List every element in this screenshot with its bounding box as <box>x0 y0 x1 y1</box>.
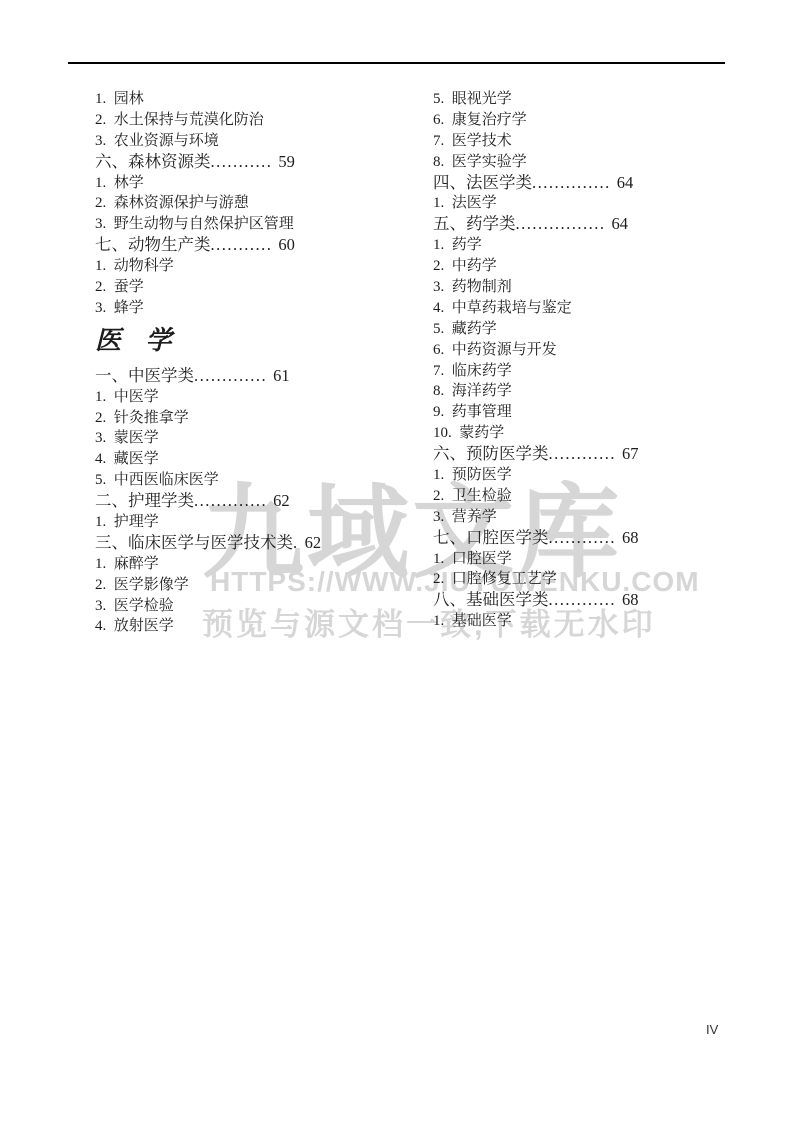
toc-item-label: 5. 眼视光学 <box>433 91 512 107</box>
toc-entry-line: 2. 口腔修复工艺学 <box>433 569 768 590</box>
toc-entry-line: 2. 森林资源保护与游憩 <box>95 193 430 214</box>
toc-item-label: 7. 医学技术 <box>433 133 512 149</box>
toc-entry-line: 2. 中药学 <box>433 256 768 277</box>
toc-entry-line: 8. 海洋药学 <box>433 381 768 402</box>
toc-entry-line: 8. 医学实验学 <box>433 152 768 173</box>
toc-entry-line: 5. 眼视光学 <box>433 89 768 110</box>
toc-page-number: 62 <box>299 533 322 552</box>
page-number: IV <box>706 1022 718 1037</box>
toc-item-label: 六、预防医学类 <box>433 444 549 463</box>
toc-section-line: 二、护理学类.............62 <box>95 491 430 512</box>
toc-entry-line: 1. 护理学 <box>95 512 430 533</box>
toc-page-number: 68 <box>616 590 639 609</box>
toc-left-column: 1. 园林2. 水土保持与荒漠化防治3. 农业资源与环境六、森林资源类.....… <box>95 89 430 637</box>
toc-section-line: 一、中医学类.............61 <box>95 366 430 387</box>
toc-dot-leader: ............ <box>549 528 617 547</box>
toc-page-number: 59 <box>272 152 295 171</box>
toc-entry-line: 3. 药物制剂 <box>433 277 768 298</box>
toc-entry-line: 5. 中西医临床医学 <box>95 470 430 491</box>
toc-item-label: 3. 蜂学 <box>95 300 144 316</box>
toc-entry-line: 2. 水土保持与荒漠化防治 <box>95 110 430 131</box>
toc-entry-line: 1. 动物科学 <box>95 256 430 277</box>
toc-dot-leader: ................ <box>516 214 606 233</box>
toc-item-label: 1. 麻醉学 <box>95 556 159 572</box>
toc-entry-line: 7. 医学技术 <box>433 131 768 152</box>
toc-item-label: 1. 基础医学 <box>433 613 512 629</box>
toc-entry-line: 1. 林学 <box>95 173 430 194</box>
toc-entry-line: 2. 蚕学 <box>95 277 430 298</box>
toc-item-label: 3. 营养学 <box>433 509 497 525</box>
medicine-group-heading: 医 学 <box>95 324 430 358</box>
toc-entry-line: 9. 药事管理 <box>433 402 768 423</box>
toc-item-label: 2. 医学影像学 <box>95 577 189 593</box>
toc-dot-leader: . <box>293 533 299 552</box>
toc-item-label: 1. 动物科学 <box>95 258 174 274</box>
toc-section-line: 八、基础医学类............68 <box>433 590 768 611</box>
toc-item-label: 3. 农业资源与环境 <box>95 133 219 149</box>
toc-item-label: 三、临床医学与医学技术类 <box>95 533 293 552</box>
toc-item-label: 1. 预防医学 <box>433 467 512 483</box>
toc-entry-line: 1. 中医学 <box>95 387 430 408</box>
toc-item-label: 2. 森林资源保护与游憩 <box>95 195 249 211</box>
toc-entry-line: 3. 蒙医学 <box>95 428 430 449</box>
toc-section-line: 七、动物生产类...........60 <box>95 235 430 256</box>
toc-item-label: 六、森林资源类 <box>95 152 211 171</box>
toc-item-label: 4. 中草药栽培与鉴定 <box>433 300 572 316</box>
toc-entry-line: 6. 中药资源与开发 <box>433 340 768 361</box>
toc-item-label: 8. 海洋药学 <box>433 383 512 399</box>
toc-page-number: 62 <box>267 491 290 510</box>
toc-entry-line: 3. 蜂学 <box>95 298 430 319</box>
toc-right-column: 5. 眼视光学6. 康复治疗学7. 医学技术8. 医学实验学四、法医学类....… <box>433 89 768 632</box>
toc-section-line: 七、口腔医学类............68 <box>433 528 768 549</box>
toc-page-number: 64 <box>611 173 634 192</box>
toc-item-label: 10. 蒙药学 <box>433 425 504 441</box>
toc-dot-leader: ............. <box>194 366 267 385</box>
toc-section-line: 三、临床医学与医学技术类.62 <box>95 533 430 554</box>
toc-item-label: 1. 林学 <box>95 175 144 191</box>
toc-item-label: 2. 蚕学 <box>95 279 144 295</box>
toc-item-label: 3. 药物制剂 <box>433 279 512 295</box>
toc-entry-line: 1. 基础医学 <box>433 611 768 632</box>
toc-page-number: 67 <box>616 444 639 463</box>
toc-left-bottom-items: 一、中医学类.............611. 中医学2. 针灸推拿学3. 蒙医… <box>95 366 430 638</box>
toc-entry-line: 1. 预防医学 <box>433 465 768 486</box>
toc-entry-line: 1. 麻醉学 <box>95 554 430 575</box>
toc-item-label: 5. 藏药学 <box>433 321 497 337</box>
toc-dot-leader: ............. <box>194 491 267 510</box>
toc-page-number: 61 <box>267 366 290 385</box>
toc-entry-line: 4. 放射医学 <box>95 616 430 637</box>
toc-item-label: 1. 园林 <box>95 91 144 107</box>
toc-item-label: 3. 蒙医学 <box>95 430 159 446</box>
toc-entry-line: 5. 藏药学 <box>433 319 768 340</box>
toc-item-label: 2. 水土保持与荒漠化防治 <box>95 112 264 128</box>
document-page: 九域文库 HTTPS://WWW.JIUYUWENKU.COM 预览与源文档一致… <box>0 0 793 1122</box>
toc-entry-line: 6. 康复治疗学 <box>433 110 768 131</box>
toc-entry-line: 1. 法医学 <box>433 193 768 214</box>
toc-section-line: 六、预防医学类............67 <box>433 444 768 465</box>
toc-item-label: 二、护理学类 <box>95 491 194 510</box>
toc-section-line: 六、森林资源类...........59 <box>95 152 430 173</box>
toc-dot-leader: ............ <box>549 444 617 463</box>
toc-item-label: 2. 针灸推拿学 <box>95 410 189 426</box>
toc-dot-leader: ........... <box>211 152 273 171</box>
toc-entry-line: 3. 野生动物与自然保护区管理 <box>95 214 430 235</box>
toc-entry-line: 4. 藏医学 <box>95 449 430 470</box>
toc-section-line: 四、法医学类..............64 <box>433 173 768 194</box>
toc-right-items: 5. 眼视光学6. 康复治疗学7. 医学技术8. 医学实验学四、法医学类....… <box>433 89 768 632</box>
toc-dot-leader: ............ <box>549 590 617 609</box>
toc-entry-line: 1. 口腔医学 <box>433 549 768 570</box>
toc-page-number: 68 <box>616 528 639 547</box>
toc-item-label: 9. 药事管理 <box>433 404 512 420</box>
toc-item-label: 2. 卫生检验 <box>433 488 512 504</box>
toc-item-label: 1. 中医学 <box>95 389 159 405</box>
toc-item-label: 3. 野生动物与自然保护区管理 <box>95 216 294 232</box>
toc-entry-line: 10. 蒙药学 <box>433 423 768 444</box>
toc-item-label: 6. 中药资源与开发 <box>433 342 557 358</box>
toc-entry-line: 4. 中草药栽培与鉴定 <box>433 298 768 319</box>
toc-entry-line: 2. 医学影像学 <box>95 575 430 596</box>
toc-item-label: 七、口腔医学类 <box>433 528 549 547</box>
toc-entry-line: 3. 营养学 <box>433 507 768 528</box>
toc-item-label: 1. 口腔医学 <box>433 551 512 567</box>
toc-item-label: 3. 医学检验 <box>95 598 174 614</box>
toc-item-label: 1. 药学 <box>433 237 482 253</box>
toc-page-number: 60 <box>272 235 295 254</box>
toc-left-top-items: 1. 园林2. 水土保持与荒漠化防治3. 农业资源与环境六、森林资源类.....… <box>95 89 430 319</box>
header-rule <box>68 62 725 64</box>
toc-item-label: 一、中医学类 <box>95 366 194 385</box>
toc-dot-leader: ........... <box>211 235 273 254</box>
toc-entry-line: 2. 卫生检验 <box>433 486 768 507</box>
toc-item-label: 七、动物生产类 <box>95 235 211 254</box>
toc-entry-line: 3. 农业资源与环境 <box>95 131 430 152</box>
toc-item-label: 五、药学类 <box>433 214 516 233</box>
toc-entry-line: 3. 医学检验 <box>95 596 430 617</box>
toc-item-label: 6. 康复治疗学 <box>433 112 527 128</box>
toc-item-label: 8. 医学实验学 <box>433 154 527 170</box>
toc-item-label: 4. 放射医学 <box>95 618 174 634</box>
toc-item-label: 1. 法医学 <box>433 195 497 211</box>
toc-item-label: 2. 口腔修复工艺学 <box>433 571 557 587</box>
toc-item-label: 7. 临床药学 <box>433 363 512 379</box>
page-content: 1. 园林2. 水土保持与荒漠化防治3. 农业资源与环境六、森林资源类.....… <box>0 0 793 1122</box>
toc-item-label: 1. 护理学 <box>95 514 159 530</box>
toc-entry-line: 2. 针灸推拿学 <box>95 408 430 429</box>
toc-entry-line: 1. 园林 <box>95 89 430 110</box>
toc-item-label: 四、法医学类 <box>433 173 532 192</box>
toc-item-label: 5. 中西医临床医学 <box>95 472 219 488</box>
toc-entry-line: 1. 药学 <box>433 235 768 256</box>
toc-item-label: 八、基础医学类 <box>433 590 549 609</box>
toc-page-number: 64 <box>606 214 629 233</box>
toc-item-label: 2. 中药学 <box>433 258 497 274</box>
toc-item-label: 4. 藏医学 <box>95 451 159 467</box>
toc-dot-leader: .............. <box>532 173 611 192</box>
toc-section-line: 五、药学类................64 <box>433 214 768 235</box>
toc-entry-line: 7. 临床药学 <box>433 361 768 382</box>
